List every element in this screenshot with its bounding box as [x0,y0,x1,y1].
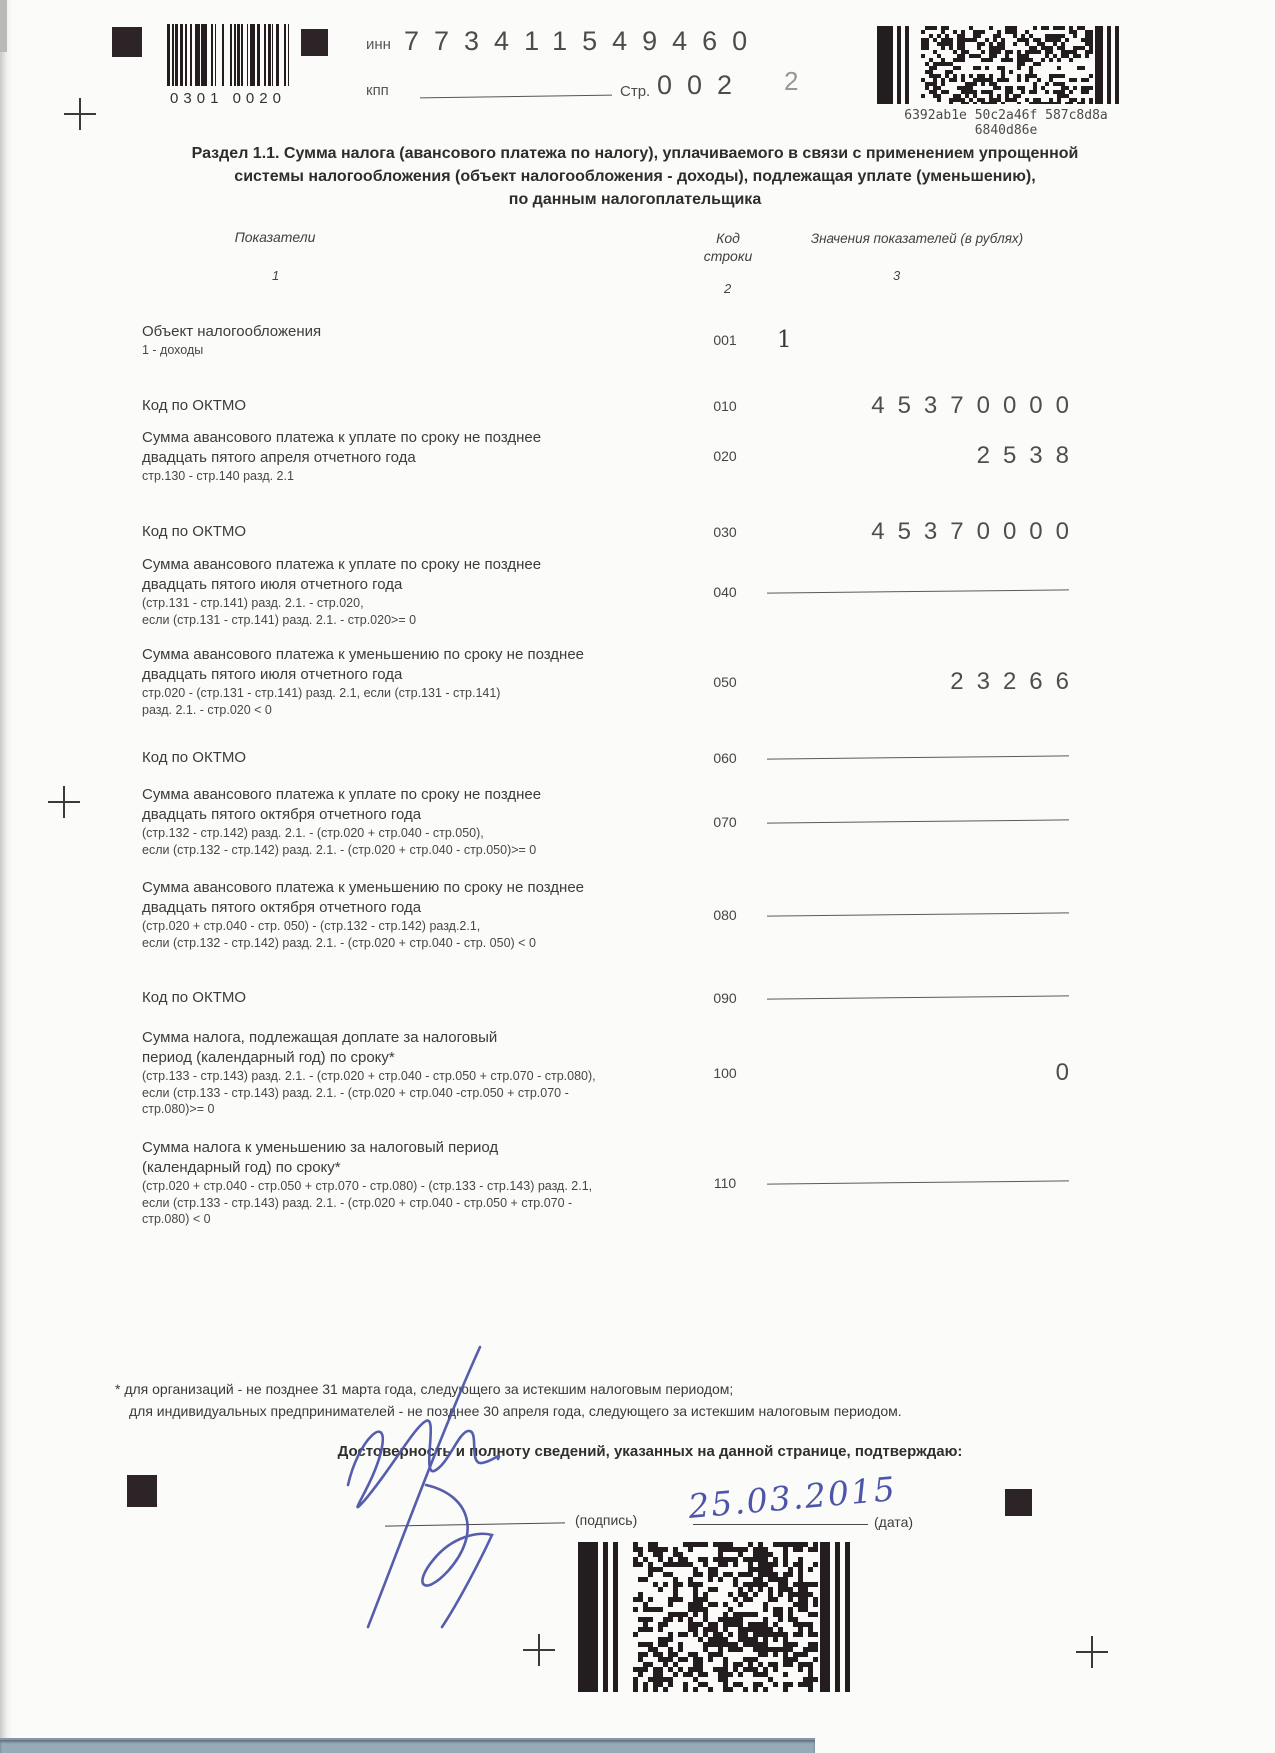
row-code: 010 [695,398,755,414]
row-formula-line: стр.080)>= 0 [142,1101,687,1118]
row-value: 0 [761,1059,1069,1087]
pdf417-barcode-top [877,26,1135,104]
section-title: Раздел 1.1. Сумма налога (авансового пла… [130,142,1140,211]
row-label: Код по ОКТМО [142,396,687,416]
row-value: 45370000 [761,518,1069,546]
row-value [761,813,1069,831]
empty-value-line [767,1180,1069,1185]
footnote-line1: * для организаций - не позднее 31 марта … [115,1378,1095,1400]
row-label-line: Сумма авансового платежа к уплате по сро… [142,555,687,575]
row-label-line: двадцать пятого июля отчетного года [142,665,687,685]
row-label-line: двадцать пятого июля отчетного года [142,575,687,595]
handwritten-date: 25.03.2015 [687,1469,899,1526]
row-formula-line: (стр.131 - стр.141) разд. 2.1. - стр.020… [142,595,687,612]
table-row: Код по ОКТМО03045370000 [0,518,1090,546]
barcode-hash-text: 6392ab1e 50c2a46f 587c8d8a 6840d86e [870,108,1142,138]
table-row: Объект налогообложения1 - доходы0011 [0,322,1090,359]
row-formula-line: (стр.132 - стр.142) разд. 2.1. - (стр.02… [142,825,687,842]
row-label: Код по ОКТМО [142,748,687,768]
row-label: Сумма налога, подлежащая доплате за нало… [142,1028,687,1118]
table-row: Сумма авансового платежа к уплате по сро… [0,428,1090,485]
row-label: Сумма авансового платежа к уменьшению по… [142,878,687,951]
row-label-line: Сумма авансового платежа к уменьшению по… [142,878,687,898]
row-value-text: 45370000 [871,518,1082,545]
row-label: Сумма авансового платежа к уменьшению по… [142,645,687,718]
row-code: 110 [695,1175,755,1191]
signature-caption: (подпись) [575,1512,637,1528]
row-code: 030 [695,524,755,540]
date-caption: (дата) [874,1514,913,1530]
row-label-line: двадцать пятого октября отчетного года [142,898,687,918]
row-label-line: Объект налогообложения [142,322,687,342]
row-code: 001 [695,332,755,348]
row-label: Сумма налога к уменьшению за налоговый п… [142,1138,687,1228]
column-number-3: 3 [893,268,900,283]
row-formula-line: разд. 2.1. - стр.020 < 0 [142,702,687,719]
anchor-square-bottom-right [1005,1489,1032,1516]
date-blank-line [693,1524,868,1525]
row-formula-line: если (стр.133 - стр.143) разд. 2.1. - (с… [142,1085,687,1102]
section-title-line1: Раздел 1.1. Сумма налога (авансового пла… [130,142,1140,165]
row-formula-line: стр.130 - стр.140 разд. 2.1 [142,468,687,485]
empty-value-line [767,912,1069,917]
row-value: 2538 [761,442,1069,470]
inn-label: инн [366,36,391,53]
row-label: Объект налогообложения1 - доходы [142,322,687,359]
footnote-line2: для индивидуальных предпринимателей - не… [129,1400,1095,1422]
row-formula-line: если (стр.131 - стр.141) разд. 2.1. - ст… [142,612,687,629]
row-value [761,989,1069,1007]
row-value: 1 [761,327,1069,353]
form-barcode [167,24,289,86]
row-label-line: Сумма авансового платежа к уменьшению по… [142,645,687,665]
anchor-square-top-left [112,27,142,57]
row-label-line: Код по ОКТМО [142,522,687,542]
table-row: Сумма налога к уменьшению за налоговый п… [0,1138,1090,1228]
page-label: Стр. [620,83,650,100]
table-row: Код по ОКТМО090 [0,988,1090,1008]
table-row: Сумма авансового платежа к уменьшению по… [0,878,1090,951]
tax-form-page: 0301 0020 инн 773411549460 кпп Стр. 002 … [0,0,1275,1753]
row-formula-line: стр.020 - (стр.131 - стр.141) разд. 2.1,… [142,685,687,702]
anchor-square-top-inner [301,29,328,56]
row-label-line: Сумма авансового платежа к уплате по сро… [142,428,687,448]
row-formula-line: (стр.020 + стр.040 - стр.050 + стр.070 -… [142,1178,687,1195]
row-label-line: двадцать пятого апреля отчетного года [142,448,687,468]
table-row: Сумма авансового платежа к уменьшению по… [0,645,1090,718]
row-value-text: 45370000 [871,392,1082,419]
row-value [761,749,1069,767]
registration-cross-bottom-right [1076,1636,1108,1668]
table-row: Сумма авансового платежа к уплате по сро… [0,785,1090,858]
column-number-2: 2 [724,281,731,296]
row-formula-line: если (стр.132 - стр.142) разд. 2.1. - (с… [142,935,687,952]
row-code: 090 [695,990,755,1006]
row-formula-line: если (стр.133 - стр.143) разд. 2.1. - (с… [142,1195,687,1212]
column-header-line-code: Код строки [697,229,759,265]
row-value: 45370000 [761,392,1069,420]
row-label-line: двадцать пятого октября отчетного года [142,805,687,825]
row-label-line: Сумма авансового платежа к уплате по сро… [142,785,687,805]
row-code: 040 [695,584,755,600]
row-code: 080 [695,907,755,923]
row-formula-line: стр.080) < 0 [142,1211,687,1228]
row-code: 070 [695,814,755,830]
registration-cross-top-left [64,98,96,130]
row-value [761,906,1069,924]
row-value: 23266 [761,668,1069,696]
section-title-line3: по данным налогоплательщика [130,188,1140,211]
table-row: Сумма налога, подлежащая доплате за нало… [0,1028,1090,1118]
scan-corner-smudge [0,0,7,52]
row-label: Сумма авансового платежа к уплате по сро… [142,785,687,858]
row-label: Сумма авансового платежа к уплате по сро… [142,428,687,485]
footnote: * для организаций - не позднее 31 марта … [115,1378,1095,1422]
kpp-blank-line [420,95,612,99]
column-number-1: 1 [272,268,279,283]
row-label: Сумма авансового платежа к уплате по сро… [142,555,687,628]
row-value-text: 0 [1056,1059,1082,1086]
row-formula-line: (стр.133 - стр.143) разд. 2.1. - (стр.02… [142,1068,687,1085]
row-label-line: Код по ОКТМО [142,748,687,768]
row-label: Код по ОКТМО [142,522,687,542]
scan-edge-shadow [0,0,12,1753]
row-value [761,583,1069,601]
row-label-line: Сумма налога, подлежащая доплате за нало… [142,1028,687,1048]
empty-value-line [767,589,1069,594]
column-header-indicators: Показатели [205,229,345,245]
column-header-values: Значения показателей (в рублях) [772,231,1062,246]
empty-value-line [767,755,1069,760]
inn-value: 773411549460 [404,26,762,57]
row-label-line: Код по ОКТМО [142,396,687,416]
column-header-line-code-2: строки [697,247,759,265]
page-number: 002 [657,70,747,101]
row-code: 100 [695,1065,755,1081]
row-code: 060 [695,750,755,766]
kpp-label: кпп [366,82,389,99]
row-label: Код по ОКТМО [142,988,687,1008]
scan-stray-mark: 2 [784,66,798,97]
form-barcode-digits: 0301 0020 [155,90,301,107]
row-label-line: (календарный год) по сроку* [142,1158,687,1178]
section-title-line2: системы налогообложения (объект налогооб… [130,165,1140,188]
confirmation-statement: Достоверность и полноту сведений, указан… [160,1443,1140,1460]
row-label-line: Сумма налога к уменьшению за налоговый п… [142,1138,687,1158]
empty-value-line [767,819,1069,824]
row-code: 050 [695,674,755,690]
row-formula-line: (стр.020 + стр.040 - стр. 050) - (стр.13… [142,918,687,935]
row-code: 020 [695,448,755,464]
table-row: Код по ОКТМО01045370000 [0,392,1090,420]
column-header-line-code-1: Код [697,229,759,247]
registration-cross-bottom-left [523,1634,555,1666]
anchor-square-bottom-left [127,1475,157,1507]
row-label-line: Код по ОКТМО [142,988,687,1008]
row-formula-line: 1 - доходы [142,342,687,359]
row-label-line: период (календарный год) по сроку* [142,1048,687,1068]
scan-bottom-strip [0,1738,815,1753]
table-row: Сумма авансового платежа к уплате по сро… [0,555,1090,628]
empty-value-line [767,995,1069,1000]
row-formula-line: если (стр.132 - стр.142) разд. 2.1. - (с… [142,842,687,859]
row-value-text: 23266 [950,668,1082,695]
handwritten-signature [330,1335,570,1635]
table-row: Код по ОКТМО060 [0,748,1090,768]
row-value-text: 1 [761,327,1069,353]
row-value [761,1174,1069,1192]
pdf417-barcode-bottom [578,1542,870,1692]
row-value-text: 2538 [977,442,1082,469]
